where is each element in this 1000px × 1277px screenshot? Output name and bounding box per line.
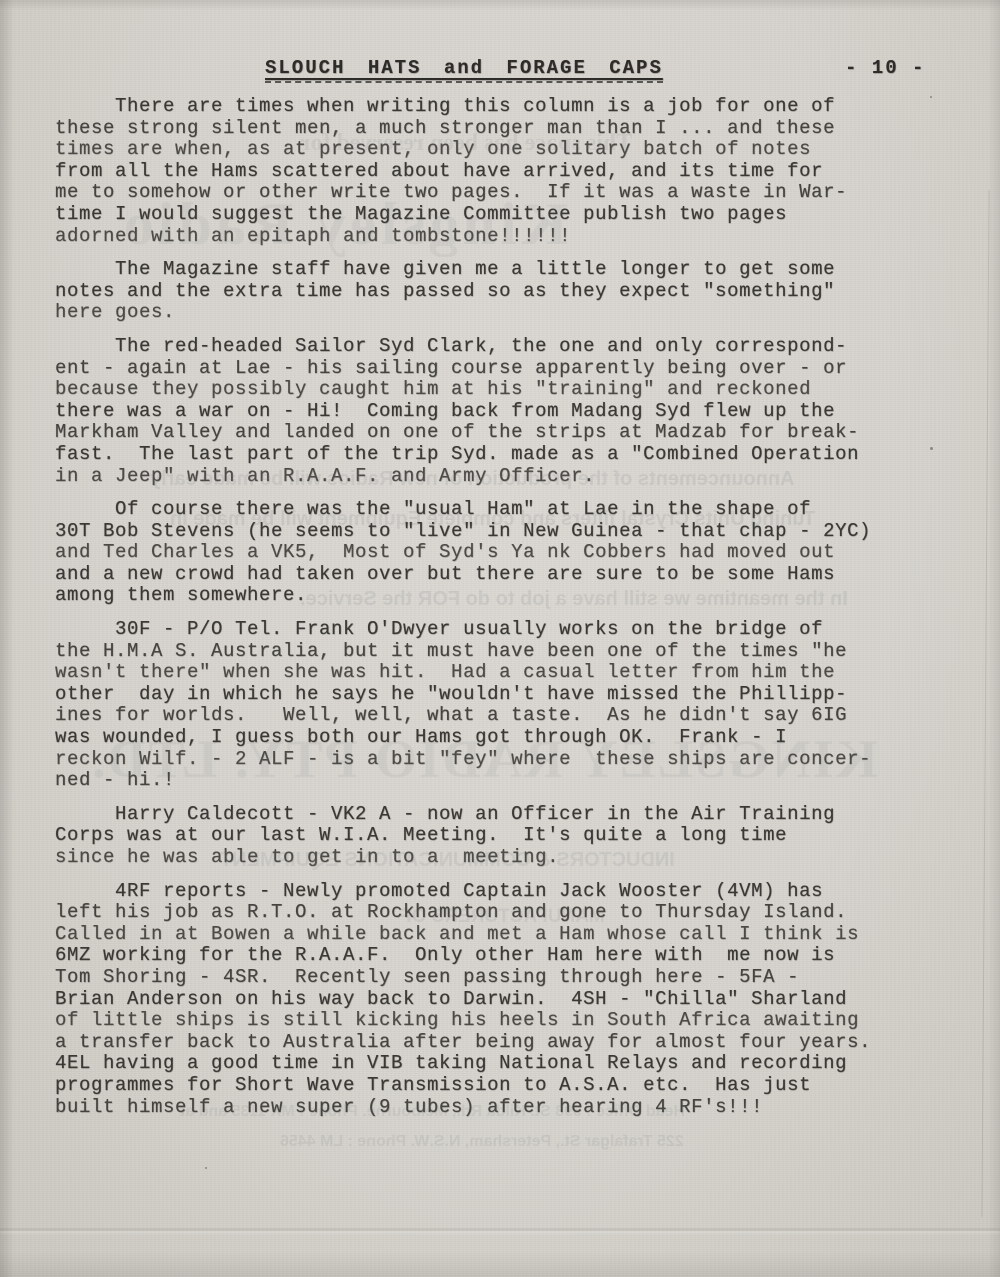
text-line: in a Jeep" with an R.A.A.F. and Army Off…: [55, 466, 955, 488]
text-line: 4EL having a good time in VIB taking Nat…: [55, 1053, 955, 1075]
text-line: ned - hi.!: [55, 770, 955, 792]
text-line: there was a war on - Hi! Coming back fro…: [55, 401, 955, 423]
paragraph: The red-headed Sailor Syd Clark, the one…: [55, 336, 955, 487]
text-line: programmes for Short Wave Transmission t…: [55, 1075, 955, 1097]
text-line: The Magazine staff have given me a littl…: [55, 259, 955, 281]
text-line: notes and the extra time has passed so a…: [55, 281, 955, 303]
text-line: 6MZ working for the R.A.A.F. Only other …: [55, 945, 955, 967]
text-line: Tom Shoring - 4SR. Recently seen passing…: [55, 967, 955, 989]
text-line: built himself a new super (9 tubes) afte…: [55, 1097, 955, 1119]
text-line: and Ted Charles a VK5, Most of Syd's Ya …: [55, 542, 955, 564]
paper-scratch: [981, 190, 989, 1217]
text-line: left his job as R.T.O. at Rockhampton an…: [55, 902, 955, 924]
text-line: reckon Wilf. - 2 ALF - is a bit "fey" wh…: [55, 749, 955, 771]
paragraph: 4RF reports - Newly promoted Captain Jac…: [55, 881, 955, 1119]
scan-edge-shadow: [988, 0, 1000, 1277]
text-line: ent - again at Lae - his sailing course …: [55, 358, 955, 380]
text-line: ines for worlds. Well, well, what a tast…: [55, 705, 955, 727]
bleedthrough-text: 225 Trafalgar St., Petersham, N.S.W. Pho…: [280, 1133, 684, 1151]
paragraph: Harry Caldecott - VK2 A - now an Officer…: [55, 804, 955, 869]
page-number: - 10 -: [845, 57, 925, 79]
text-line: these strong silent men, a much stronger…: [55, 118, 955, 140]
text-line: among them somewhere.: [55, 585, 955, 607]
paragraph: 30F - P/O Tel. Frank O'Dwyer usually wor…: [55, 619, 955, 792]
scan-edge-shadow: [0, 1251, 1000, 1277]
text-line: Corps was at our last W.I.A. Meeting. It…: [55, 825, 955, 847]
text-line: me to somehow or other write two pages. …: [55, 182, 955, 204]
text-line: other day in which he says he "wouldn't …: [55, 684, 955, 706]
text-line: 4RF reports - Newly promoted Captain Jac…: [55, 881, 955, 903]
text-line: 30F - P/O Tel. Frank O'Dwyer usually wor…: [55, 619, 955, 641]
text-line: and a new crowd had taken over but there…: [55, 564, 955, 586]
text-line: Harry Caldecott - VK2 A - now an Officer…: [55, 804, 955, 826]
text-line: of little ships is still kicking his hee…: [55, 1010, 955, 1032]
paragraph: Of course there was the "usual Ham" at L…: [55, 499, 955, 607]
text-line: a transfer back to Australia after being…: [55, 1032, 955, 1054]
ink-speck: [205, 1167, 207, 1169]
text-line: because they possibly caught him at his …: [55, 379, 955, 401]
page-title: SLOUCH HATS and FORAGE CAPS: [265, 57, 663, 83]
document-body: There are times when writing this column…: [55, 96, 955, 1130]
text-line: times are when, as at present, only one …: [55, 139, 955, 161]
text-line: wasn't there" when she was hit. Had a ca…: [55, 662, 955, 684]
text-line: adorned with an epitaph and tombstone!!!…: [55, 226, 955, 248]
paper-crease: [0, 1228, 1000, 1231]
scan-edge-shadow: [0, 0, 14, 1277]
page: SLOUCH HATS and FORAGE CAPS - 10 - There…: [0, 0, 1000, 1277]
text-line: fast. The last part of the trip Syd. mad…: [55, 444, 955, 466]
scan-edge-shadow: [0, 0, 1000, 10]
text-line: The red-headed Sailor Syd Clark, the one…: [55, 336, 955, 358]
text-line: Of course there was the "usual Ham" at L…: [55, 499, 955, 521]
paragraph: There are times when writing this column…: [55, 96, 955, 247]
text-line: Called in at Bowen a while back and met …: [55, 924, 955, 946]
text-line: 30T Bob Stevens (he seems to "live" in N…: [55, 521, 955, 543]
paragraph: The Magazine staff have given me a littl…: [55, 259, 955, 324]
text-line: Markham Valley and landed on one of the …: [55, 422, 955, 444]
text-line: There are times when writing this column…: [55, 96, 955, 118]
text-line: time I would suggest the Magazine Commit…: [55, 204, 955, 226]
text-line: the H.M.A S. Australia, but it must have…: [55, 641, 955, 663]
text-line: was wounded, I guess both our Hams got t…: [55, 727, 955, 749]
text-line: since he was able to get in to a meeting…: [55, 847, 955, 869]
text-line: Brian Anderson on his way back to Darwin…: [55, 989, 955, 1011]
text-line: from all the Hams scattered about have a…: [55, 161, 955, 183]
text-line: here goes.: [55, 302, 955, 324]
